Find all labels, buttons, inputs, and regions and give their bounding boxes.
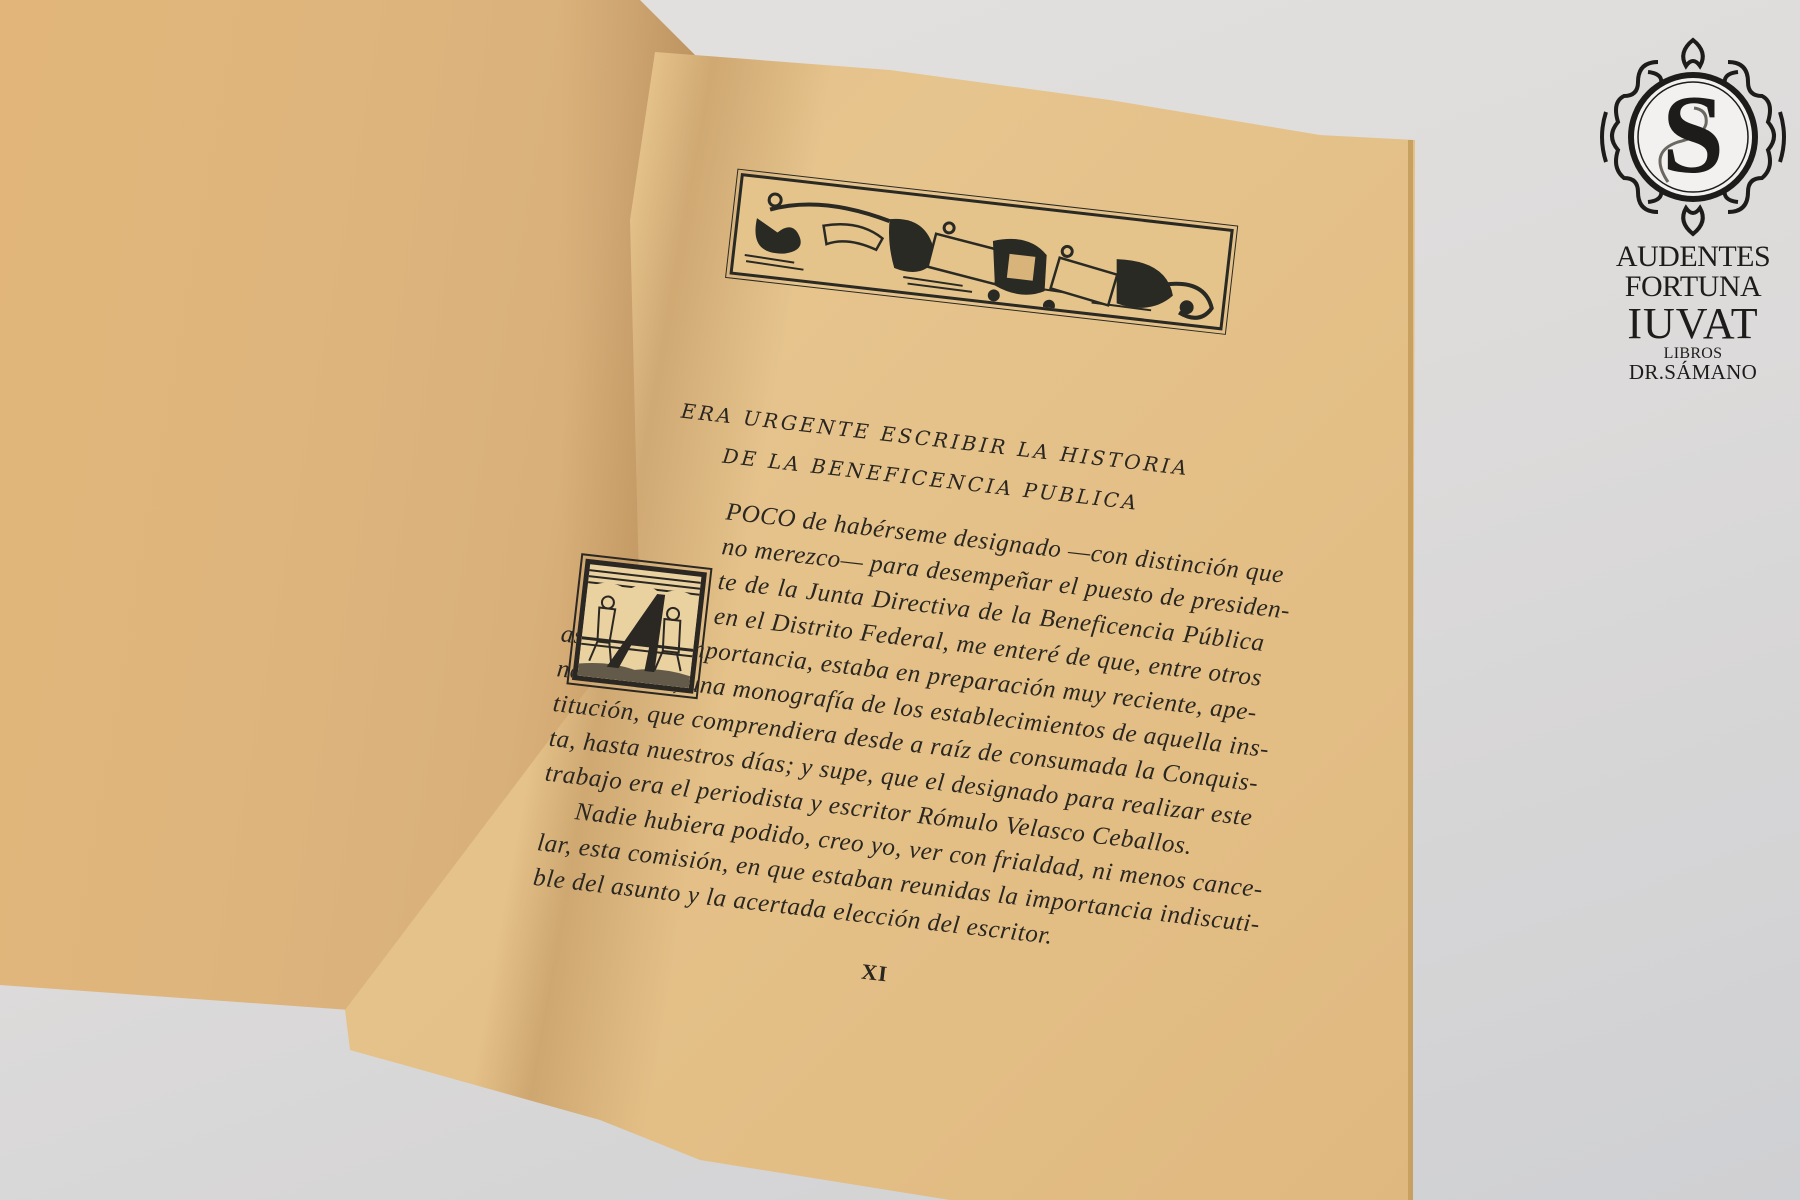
ornate-s-emblem-icon: S (1598, 32, 1788, 242)
brand-name: DR.SÁMANO (1629, 360, 1757, 384)
svg-text:S: S (1662, 73, 1724, 197)
body-text: POCO de habérseme designado —con distinc… (531, 477, 1274, 974)
page-text-block: ERA URGENTE ESCRIBIR LA HISTORIA DE LA B… (525, 380, 1285, 1026)
motto-line-3: IUVAT (1598, 302, 1788, 346)
page-edge (1408, 140, 1413, 1200)
drop-cap-a-icon (577, 564, 701, 688)
brand-line: LIBROS DR.SÁMANO (1598, 346, 1788, 383)
watermark-motto: AUDENTES FORTUNA IUVAT LIBROS DR.SÁMANO (1598, 242, 1788, 383)
illustrated-drop-cap (572, 559, 707, 694)
motto-line-1: AUDENTES (1598, 242, 1788, 272)
motto-line-2: FORTUNA (1598, 272, 1788, 302)
watermark-logo: S AUDENTES FORTUNA IUVAT LIBROS DR.SÁMAN… (1598, 32, 1788, 362)
